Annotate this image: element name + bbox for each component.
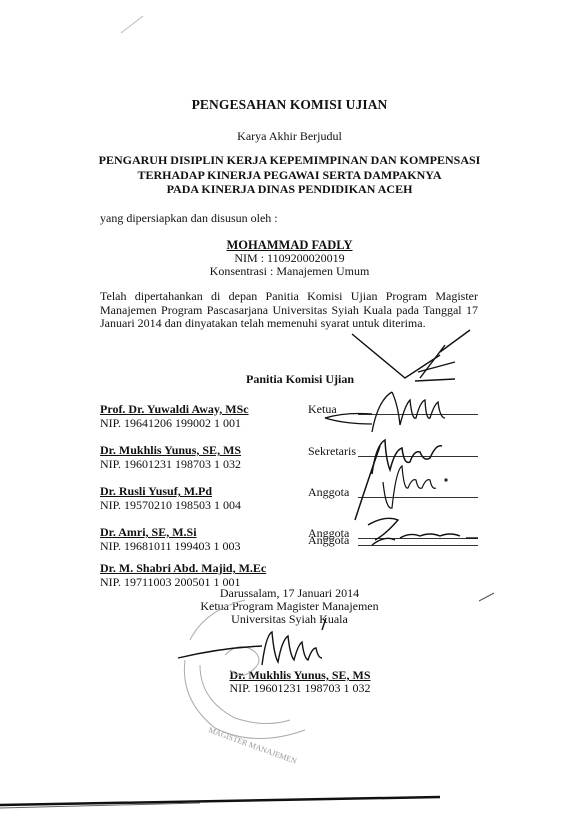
signature-line	[358, 456, 478, 457]
member-name: Dr. Amri, SE, M.Si	[100, 525, 197, 540]
committee-heading: Panitia Komisi Ujian	[220, 372, 380, 387]
signature-anggota-2-icon	[383, 466, 447, 508]
signatures: MAGISTER MANAJEMEN	[0, 0, 579, 819]
scan-mark-icon	[121, 16, 143, 33]
member-role: Anggota	[308, 533, 349, 548]
signature-line	[358, 538, 478, 539]
member-name: Dr. Rusli Yusuf, M.Pd	[100, 484, 212, 499]
approval-institution: Universitas Syiah Kuala	[0, 612, 579, 627]
member-nip: NIP. 19641206 199002 1 001	[100, 416, 241, 431]
author-konsentrasi: Konsentrasi : Manajemen Umum	[0, 264, 579, 279]
member-role: Ketua	[308, 402, 337, 417]
prepared-by-label: yang dipersiapkan dan disusun oleh :	[100, 211, 278, 226]
approval-nip: NIP. 19601231 198703 1 032	[220, 681, 380, 696]
thesis-title-line: PENGARUH DISIPLIN KERJA KEPEMIMPINAN DAN…	[0, 153, 579, 168]
member-nip: NIP. 19681011 199403 1 003	[100, 539, 241, 554]
thesis-title-line: TERHADAP KINERJA PEGAWAI SERTA DAMPAKNYA	[0, 168, 579, 183]
thesis-title-line: PADA KINERJA DINAS PENDIDIKAN ACEH	[0, 182, 579, 197]
member-name: Dr. Mukhlis Yunus, SE, MS	[100, 443, 241, 458]
signature-anggota-3-icon	[368, 518, 478, 545]
member-role: Sekretaris	[308, 444, 356, 459]
member-name: Prof. Dr. Yuwaldi Away, MSc	[100, 402, 249, 417]
member-role: Anggota	[308, 485, 349, 500]
signature-anggota-1-icon	[355, 440, 442, 520]
statement-paragraph: Telah dipertahankan di depan Panitia Kom…	[100, 290, 478, 331]
thesis-title: PENGARUH DISIPLIN KERJA KEPEMIMPINAN DAN…	[0, 153, 579, 197]
signature-line	[358, 497, 478, 498]
document-title: PENGESAHAN KOMISI UJIAN	[0, 97, 579, 113]
document-subtitle: Karya Akhir Berjudul	[0, 129, 579, 144]
signature-line	[358, 545, 478, 546]
signature-sekretaris-icon	[325, 392, 445, 432]
signature-line	[358, 414, 478, 415]
member-nip: NIP. 19601231 198703 1 032	[100, 457, 241, 472]
stamp-text: MAGISTER MANAJEMEN	[207, 725, 298, 765]
member-nip: NIP. 19570210 198503 1 004	[100, 498, 241, 513]
member-name: Dr. M. Shabri Abd. Majid, M.Ec	[100, 561, 266, 576]
scan-marks	[0, 0, 579, 819]
page-edge-line	[0, 797, 440, 805]
